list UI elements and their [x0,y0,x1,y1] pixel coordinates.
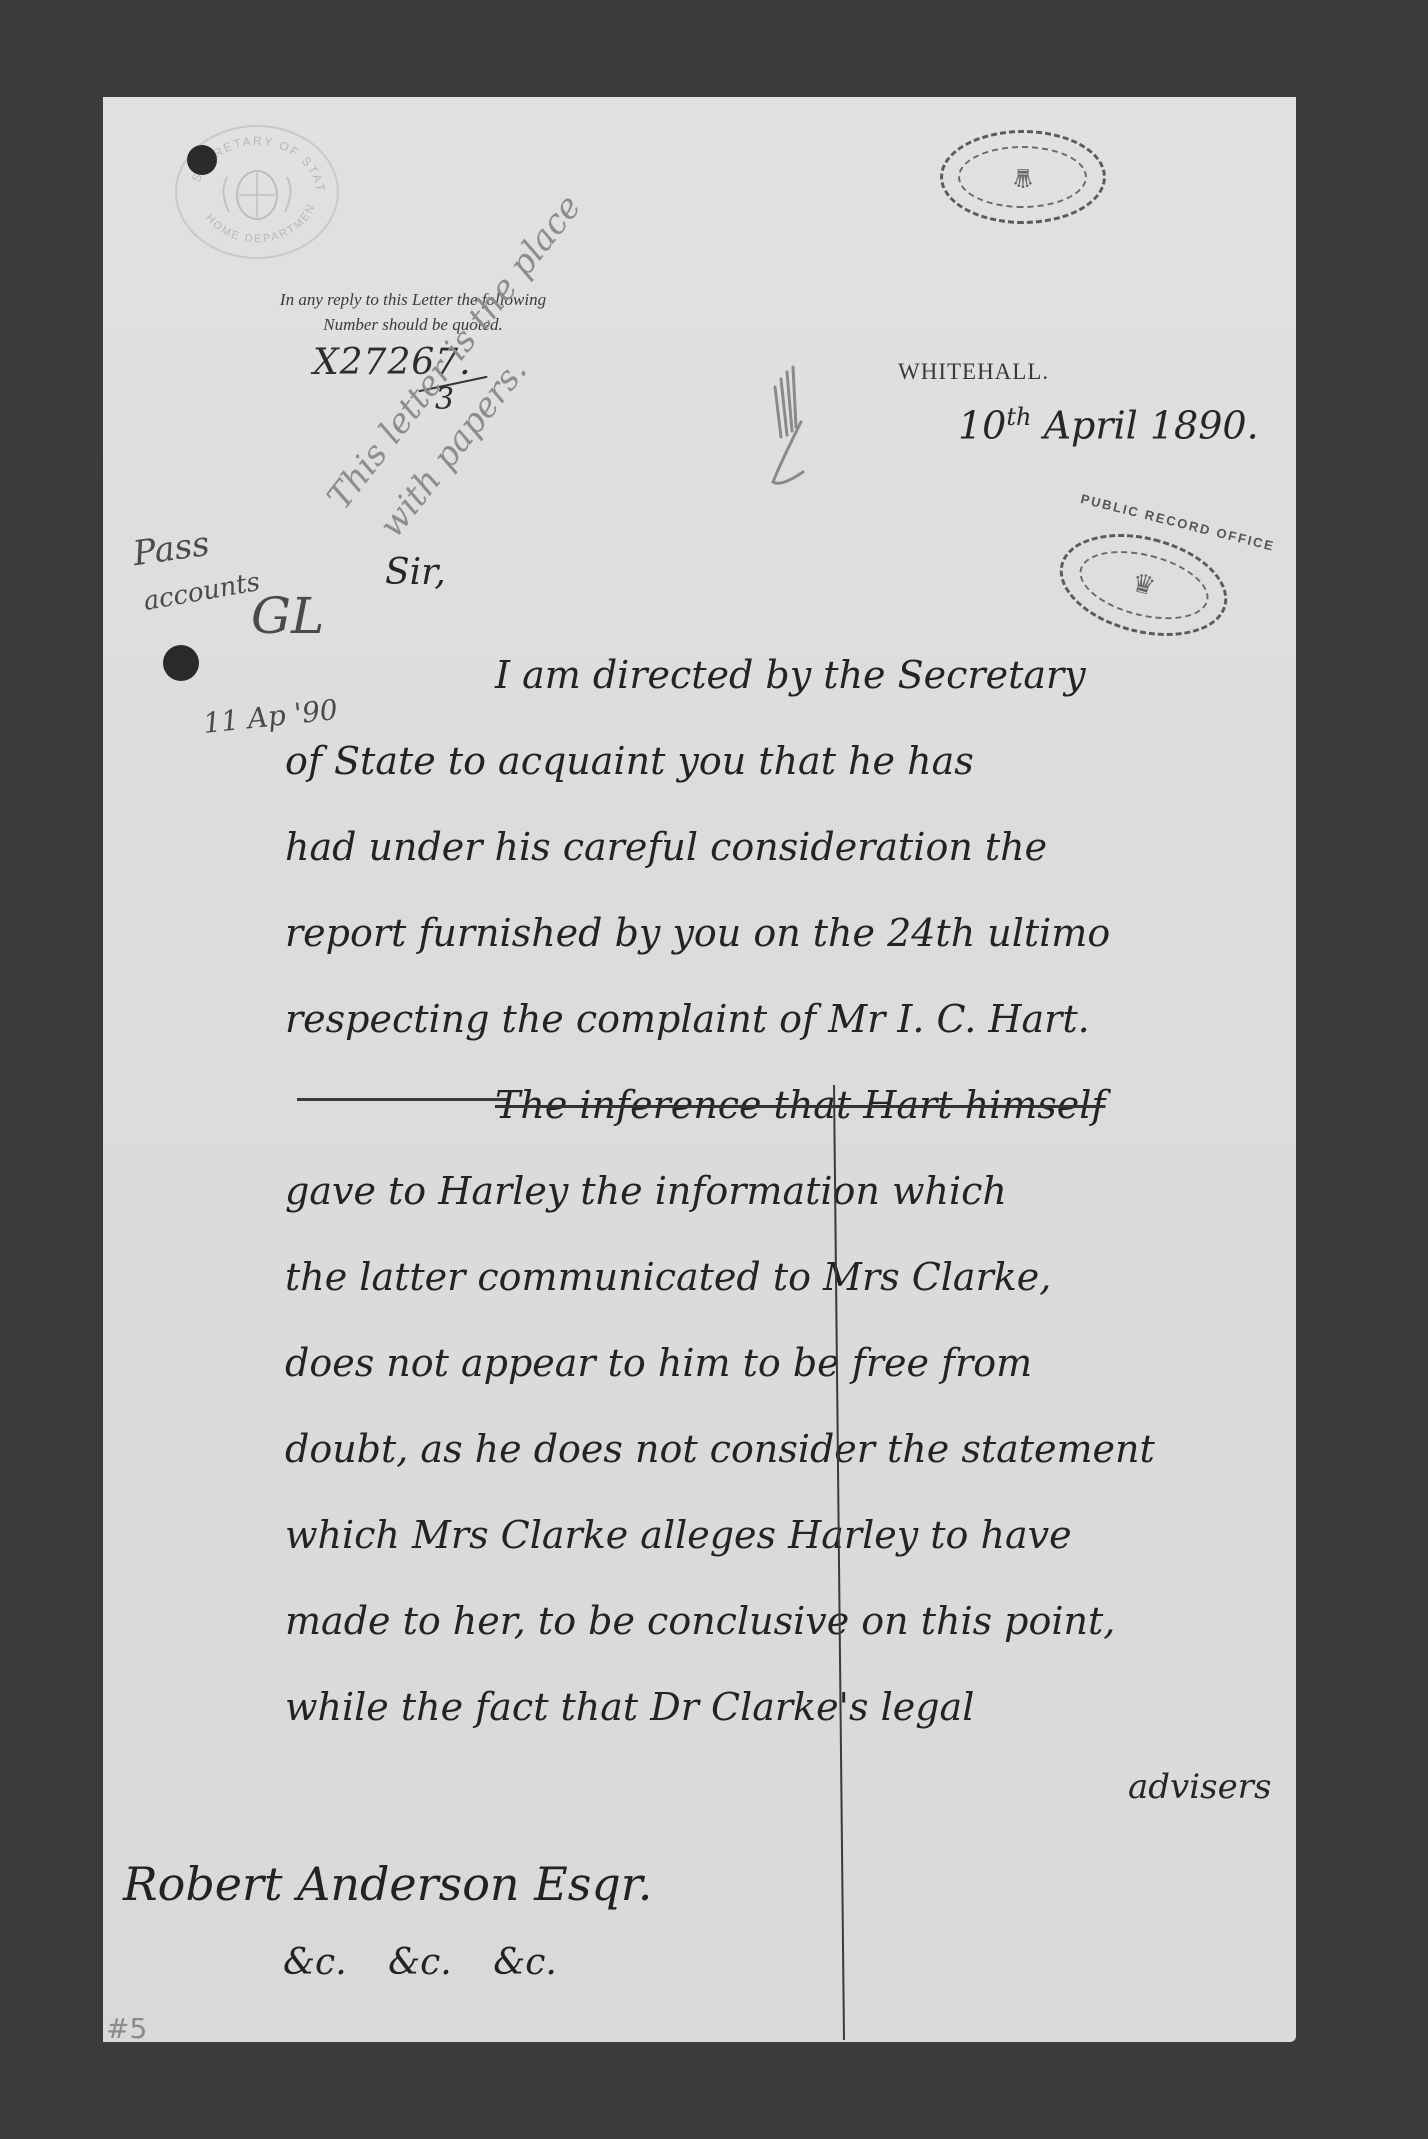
body-line: had under his careful consideration the [285,804,1285,890]
letter-body: I am directed by the Secretary of State … [285,632,1285,1750]
catchword: advisers [1128,1767,1271,1807]
crown-icon: ♛ [1011,162,1034,192]
punch-hole-left [163,645,199,681]
body-line: doubt, as he does not consider the state… [285,1406,1285,1492]
place-whitehall: WHITEHALL. [898,359,1049,385]
body-line: the latter communicated to Mrs Clarke, [285,1234,1285,1320]
letter-date: 10th April 1890. [958,403,1259,448]
date-day: 10 [958,404,1006,448]
date-day-suffix: th [1006,403,1031,431]
letter-page: SECRETARY OF STATE HOME DEPARTMENT In an… [103,97,1296,2042]
crown-icon: ♛ [1129,568,1159,603]
body-line-struck-through: The inference that Hart himself [285,1062,1285,1148]
punch-hole-top [187,145,217,175]
body-line: report furnished by you on the 24th ulti… [285,890,1285,976]
pencil-tally-mark-icon [763,327,813,527]
body-line: respecting the complaint of Mr I. C. Har… [285,976,1285,1062]
body-line: does not appear to him to be free from [285,1320,1285,1406]
body-line: gave to Harley the information which [285,1148,1285,1234]
body-line: I am directed by the Secretary [285,632,1285,718]
reply-note-line1: In any reply to this Letter the followin… [213,287,613,312]
addressee-etc: &c. &c. &c. [283,1942,557,1983]
date-month-year: April 1890. [1044,404,1259,448]
addressee-name: Robert Anderson Esqr. [123,1857,652,1911]
salutation: Sir, [385,552,446,593]
reply-instruction: In any reply to this Letter the followin… [213,287,613,337]
body-line: while the fact that Dr Clarke's legal [285,1664,1285,1750]
reply-note-line2: Number should be quoted. [213,312,613,337]
body-line: made to her, to be conclusive on this po… [285,1578,1285,1664]
body-line: of State to acquaint you that he has [285,718,1285,804]
public-record-office-stamp-top: ♛ [940,130,1106,224]
archive-mark: #5 [106,2012,147,2045]
strikethrough-lead-line [297,1098,507,1101]
margin-note-accounts: accounts [141,567,262,617]
body-line: which Mrs Clarke alleges Harley to have [285,1492,1285,1578]
margin-note-pass: Pass [131,524,212,574]
